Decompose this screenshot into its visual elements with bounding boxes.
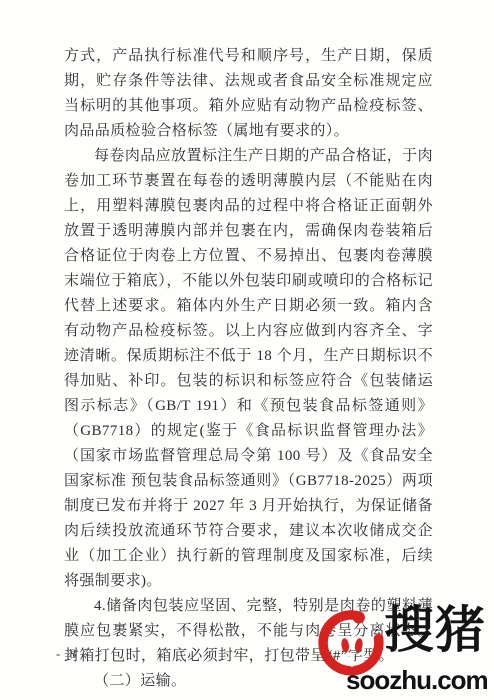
soozhu-watermark-logo: 搜猪 soozhu.com [318,608,492,694]
document-body: 方式，产品执行标准代号和顺序号，生产日期，保质期，贮存条件等法律、法规或者食品安… [64,44,433,694]
document-page: 方式，产品执行标准代号和顺序号，生产日期，保质期，贮存条件等法律、法规或者食品安… [0,0,494,700]
logo-url-text: soozhu.com [346,665,488,696]
paragraph-packaging-certificate: 每卷肉品应放置标注生产日期的产品合格证，于肉卷加工环节裹置在每卷的透明薄膜内层（… [64,144,433,594]
logo-chinese-text: 搜猪 [384,602,486,658]
paragraph-continuation: 方式，产品执行标准代号和顺序号，生产日期，保质期，贮存条件等法律、法规或者食品安… [64,44,433,144]
page-number: - 8 - [56,646,93,662]
